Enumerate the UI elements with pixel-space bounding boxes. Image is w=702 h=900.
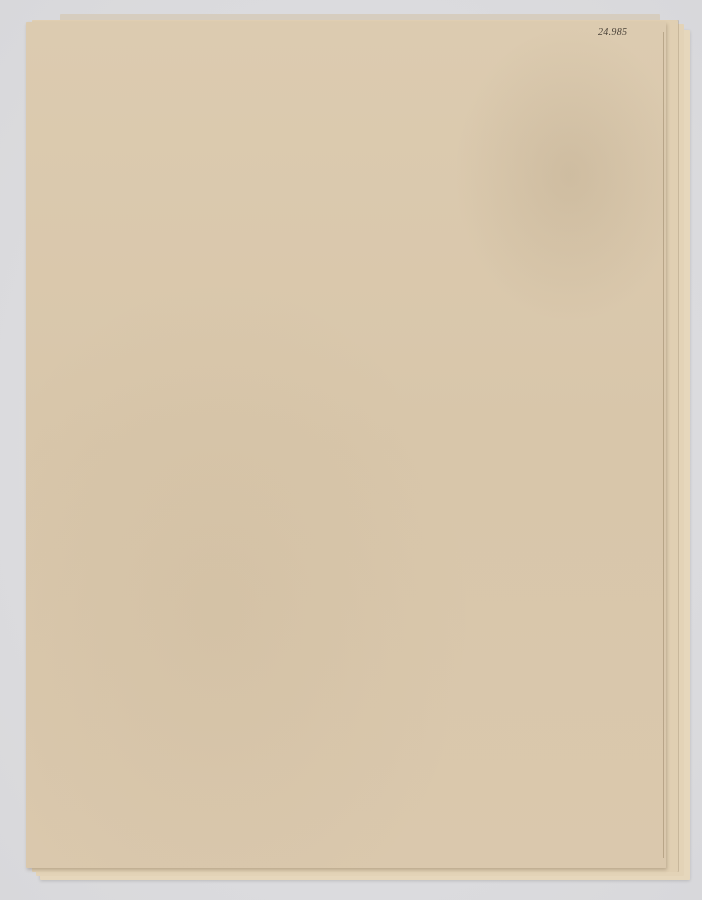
fold-edge-line	[663, 32, 664, 858]
cover-sheet	[26, 22, 666, 868]
accession-number: 24.985	[598, 27, 627, 38]
